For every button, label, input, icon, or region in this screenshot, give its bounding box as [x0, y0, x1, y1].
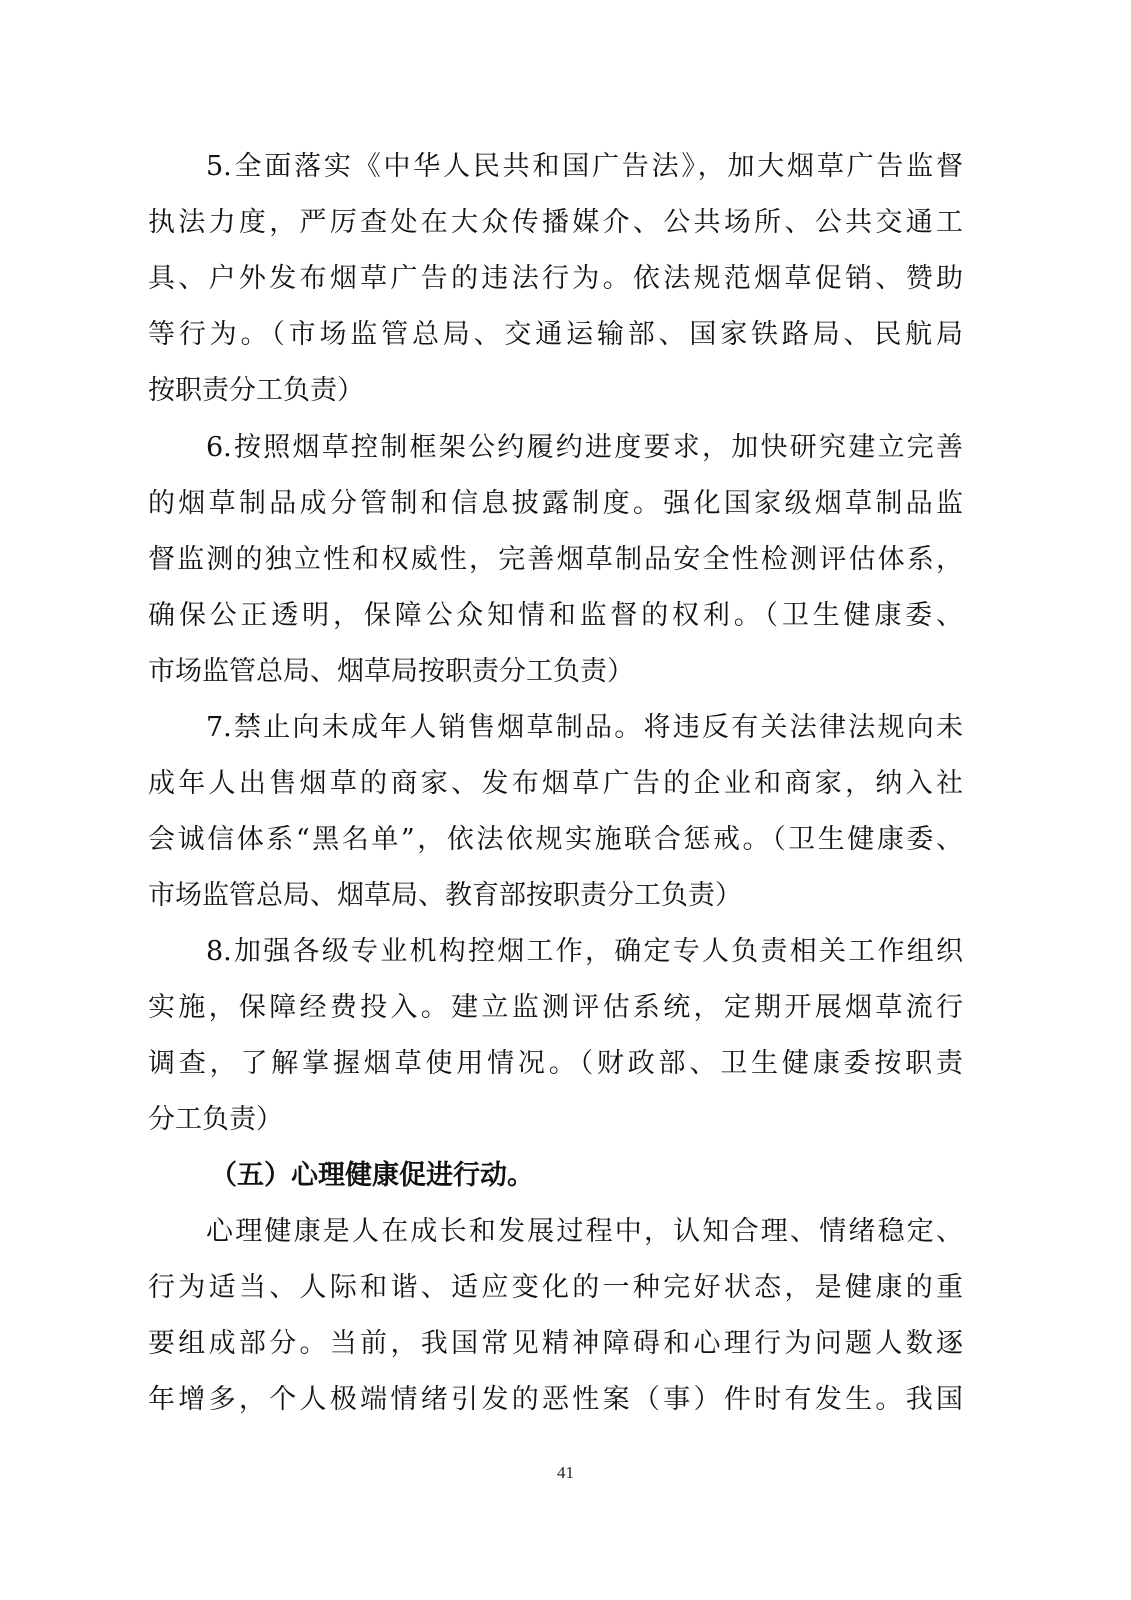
text-line: 市场监管总局、烟草局按职责分工负责） — [148, 655, 963, 689]
text-line: 督监测的独立性和权威性，完善烟草制品安全性检测评估体系， — [148, 543, 963, 577]
text-line: 年增多，个人极端情绪引发的恶性案（事）件时有发生。我国 — [148, 1383, 963, 1417]
text-line: 实施，保障经费投入。建立监测评估系统，定期开展烟草流行 — [148, 991, 963, 1025]
text-line: 会诚信体系“黑名单”，依法依规实施联合惩戒。（卫生健康委、 — [148, 823, 963, 857]
text-line: 成年人出售烟草的商家、发布烟草广告的企业和商家，纳入社 — [148, 767, 963, 801]
section-heading: （五）心理健康促进行动。 — [210, 1159, 963, 1193]
text-line: 心理健康是人在成长和发展过程中，认知合理、情绪稳定、 — [206, 1215, 963, 1249]
text-line: 要组成部分。当前，我国常见精神障碍和心理行为问题人数逐 — [148, 1327, 963, 1361]
text-line: 7.禁止向未成年人销售烟草制品。将违反有关法律法规向未 — [206, 711, 963, 745]
text-line: 具、户外发布烟草广告的违法行为。依法规范烟草促销、赞助 — [148, 262, 963, 296]
text-line: 执法力度，严厉查处在大众传播媒介、公共场所、公共交通工 — [148, 206, 963, 240]
text-line: 等行为。（市场监管总局、交通运输部、国家铁路局、民航局 — [148, 318, 963, 352]
text-line: 5.全面落实《中华人民共和国广告法》，加大烟草广告监督 — [206, 150, 963, 184]
text-line: 调查，了解掌握烟草使用情况。（财政部、卫生健康委按职责 — [148, 1047, 963, 1081]
text-line: 8.加强各级专业机构控烟工作，确定专人负责相关工作组织 — [206, 935, 963, 969]
page-number: 41 — [0, 1463, 1131, 1483]
text-line: 分工负责） — [148, 1103, 963, 1137]
text-line: 确保公正透明，保障公众知情和监督的权利。（卫生健康委、 — [148, 599, 963, 633]
text-line: 行为适当、人际和谐、适应变化的一种完好状态，是健康的重 — [148, 1271, 963, 1305]
document-page: 5.全面落实《中华人民共和国广告法》，加大烟草广告监督 执法力度，严厉查处在大众… — [0, 0, 1131, 1600]
text-line: 按职责分工负责） — [148, 374, 963, 408]
text-line: 6.按照烟草控制框架公约履约进度要求，加快研究建立完善 — [206, 431, 963, 465]
text-line: 市场监管总局、烟草局、教育部按职责分工负责） — [148, 879, 963, 913]
text-line: 的烟草制品成分管制和信息披露制度。强化国家级烟草制品监 — [148, 487, 963, 521]
